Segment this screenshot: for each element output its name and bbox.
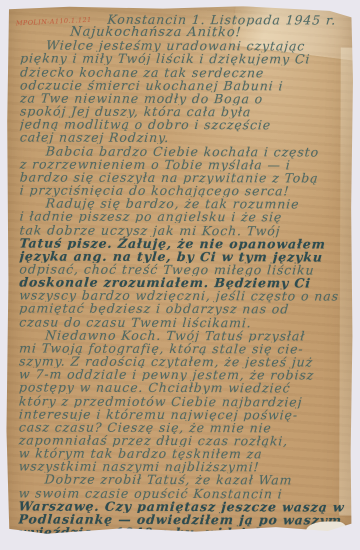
- letter-line: casz czasu? Cieszę się, że mnie nie: [18, 420, 345, 434]
- letter-line: dziecko kochane za tak serdeczne: [20, 65, 347, 79]
- letter-line: piękny i miły Twój liścik i dziękujemy C…: [20, 52, 347, 66]
- letter-line: pamiętać będziesz i obdarzysz nas od: [19, 302, 346, 316]
- letter-line: odpisać, choć treść Twego miłego liściku: [19, 262, 346, 276]
- letter-line: języka ang. na tyle, by Ci w tym języku: [19, 249, 346, 263]
- letter-line: Tatuś pisze. Żałuję, że nie opanowałem: [19, 236, 346, 250]
- letter-line: całej naszej Rodziny.: [19, 131, 346, 145]
- letter-paper: MPOLIN-A110.1.121 Konstancin 1. Listopad…: [5, 4, 354, 538]
- letter-line: i ładnie piszesz po angielsku i że się: [19, 210, 346, 224]
- letter-line: za Twe niewinne modły do Boga o: [20, 91, 347, 105]
- letter-line: Podlasiankę — odwiedziłem ją po waszym: [18, 512, 345, 526]
- letter-line: bardzo się cieszyła na przywitanie z Tob…: [19, 170, 346, 184]
- letter-line: postępy w nauce. Chciałbym wiedzieć: [19, 381, 346, 395]
- letter-line: zapomniałaś przez długi czas rozłąki,: [18, 433, 345, 447]
- letter-line: Babcia bardzo Ciebie kochała i często: [19, 144, 346, 158]
- letter-line: Dobrze zrobił Tatuś, że kazał Wam: [18, 473, 345, 487]
- letter-body: Konstancin 1. Listopada 1945 r.Najukocha…: [5, 4, 354, 539]
- letter-line: w swoim czasie opuścić Konstancin i: [18, 486, 345, 500]
- paper-damage-patch-small: [292, 531, 310, 540]
- paper-damage-patch: [306, 521, 346, 537]
- letter-line: Niedawno Koch. Twój Tatuś przysłał: [19, 328, 346, 342]
- letter-line: tak dobrze uczysz jak mi Koch. Twój: [19, 223, 346, 237]
- letter-line: który z przedmiotów Ciebie najbardziej: [19, 394, 346, 408]
- letter-line: interesuje i któremu najwięcej poświę-: [18, 407, 345, 421]
- letter-line: i przyciśnięcia do kochającego serca!: [19, 183, 346, 197]
- letter-line: czasu do czasu Twemi liścikami.: [19, 315, 346, 329]
- letter-line: mi Twoją fotografię, którą stale się cie…: [19, 341, 346, 355]
- scanned-letter: MPOLIN-A110.1.121 Konstancin 1. Listopad…: [0, 0, 360, 550]
- letter-line: Konstancin 1. Listopada 1945 r.: [20, 12, 347, 26]
- letter-line: z rozrzewnieniem o Tobie myślała — i: [19, 157, 346, 171]
- letter-line: wyjeździe w 1940 roku, widziałem: [18, 526, 345, 540]
- letter-line: odczucie śmierci ukochanej Babuni i: [20, 78, 347, 92]
- letter-line: Warszawę. Czy pamiętasz jeszcze waszą wi…: [18, 499, 345, 513]
